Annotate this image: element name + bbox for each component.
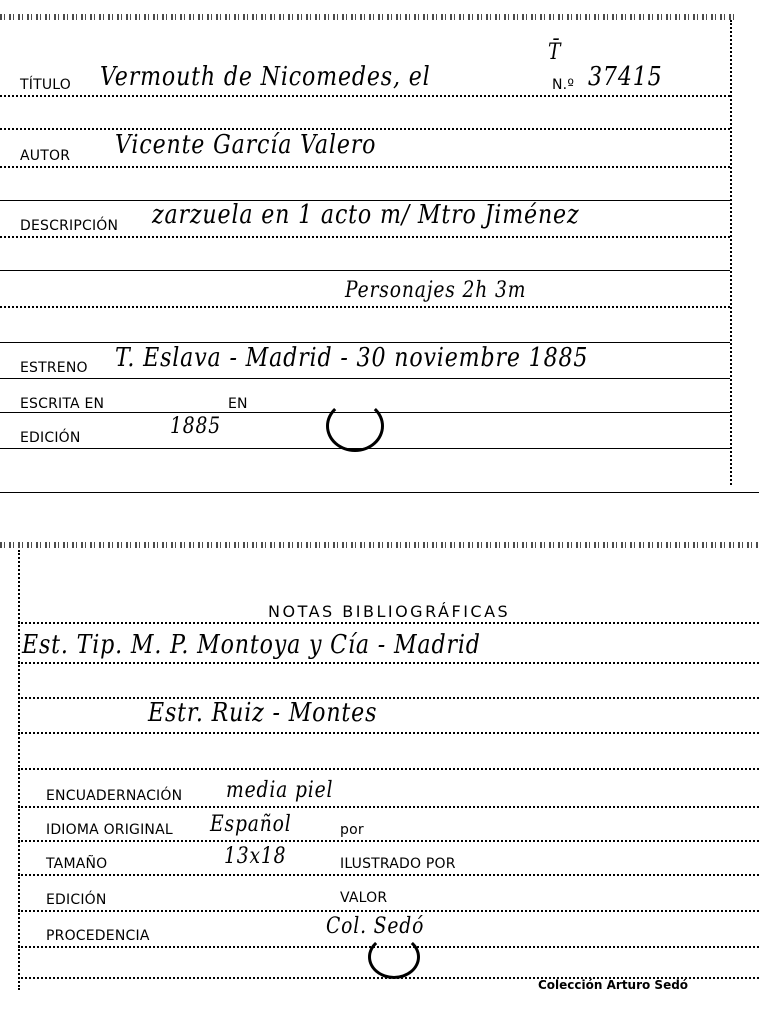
catalog-card-bottom: NOTAS BIBLIOGRÁFICAS Est. Tip. M. P. Mon… <box>0 530 759 1028</box>
numero-value: 37415 <box>588 62 663 92</box>
card-right-edge <box>730 20 732 485</box>
notas-heading: NOTAS BIBLIOGRÁFICAS <box>268 602 510 621</box>
rule <box>0 270 730 271</box>
ilustrado-por-label: ILUSTRADO POR <box>340 856 456 872</box>
rule <box>0 166 730 168</box>
autor-label: AUTOR <box>20 148 70 164</box>
titulo-value: Vermouth de Nicomedes, el <box>100 62 431 92</box>
escrita-en-label: ESCRITA EN <box>20 396 104 412</box>
procedencia-label: PROCEDENCIA <box>46 928 150 944</box>
scan-noise-top <box>0 14 735 20</box>
punch-hole-mark <box>326 400 384 452</box>
estreno-value: T. Eslava - Madrid - 30 noviembre 1885 <box>115 343 588 373</box>
collection-footer: Colección Arturo Sedó <box>538 978 688 992</box>
tamano-value: 13x18 <box>224 844 286 869</box>
autor-value: Vicente García Valero <box>115 130 376 160</box>
tamano-label: TAMAÑO <box>46 856 107 872</box>
card-left-edge <box>18 550 20 990</box>
valor-label: VALOR <box>340 890 387 906</box>
procedencia-value: Col. Sedó <box>326 914 424 939</box>
descripcion-value-2: Personajes 2h 3m <box>345 278 526 303</box>
encuadernacion-value: media piel <box>226 778 333 803</box>
note-line-1: Est. Tip. M. P. Montoya y Cía - Madrid <box>22 630 481 660</box>
rule <box>0 95 730 97</box>
rule <box>0 378 730 379</box>
idioma-value: Español <box>210 812 292 837</box>
rule <box>18 622 759 624</box>
card-mark: T̄ <box>548 40 561 65</box>
estreno-label: ESTRENO <box>20 360 88 376</box>
edicion2-label: EDICIÓN <box>46 892 107 908</box>
descripcion-value: zarzuela en 1 acto m/ Mtro Jiménez <box>152 200 579 230</box>
encuadernacion-label: ENCUADERNACIÓN <box>46 788 182 804</box>
titulo-label: TÍTULO <box>20 77 71 93</box>
card-bottom-edge <box>0 492 759 493</box>
note-line-2: Estr. Ruiz - Montes <box>148 698 377 728</box>
rule <box>18 910 759 912</box>
rule <box>0 306 730 308</box>
escrita-en-label-2: EN <box>228 396 248 412</box>
rule <box>18 840 759 842</box>
rule <box>18 662 759 664</box>
rule <box>18 874 759 876</box>
rule <box>18 697 759 699</box>
rule <box>18 806 759 808</box>
por-label: por <box>340 822 364 838</box>
edicion-label: EDICIÓN <box>20 430 81 446</box>
catalog-card-top: TÍTULO Vermouth de Nicomedes, el T̄ N.º … <box>0 0 759 495</box>
idioma-label: IDIOMA ORIGINAL <box>46 822 173 838</box>
descripcion-label: DESCRIPCIÓN <box>20 218 118 234</box>
rule <box>0 236 730 238</box>
rule <box>18 768 759 770</box>
scan-noise-top <box>0 542 759 548</box>
numero-label: N.º <box>552 77 574 93</box>
rule <box>0 448 730 449</box>
punch-hole-mark <box>368 935 420 979</box>
rule <box>18 732 759 734</box>
edicion-value: 1885 <box>170 414 221 439</box>
